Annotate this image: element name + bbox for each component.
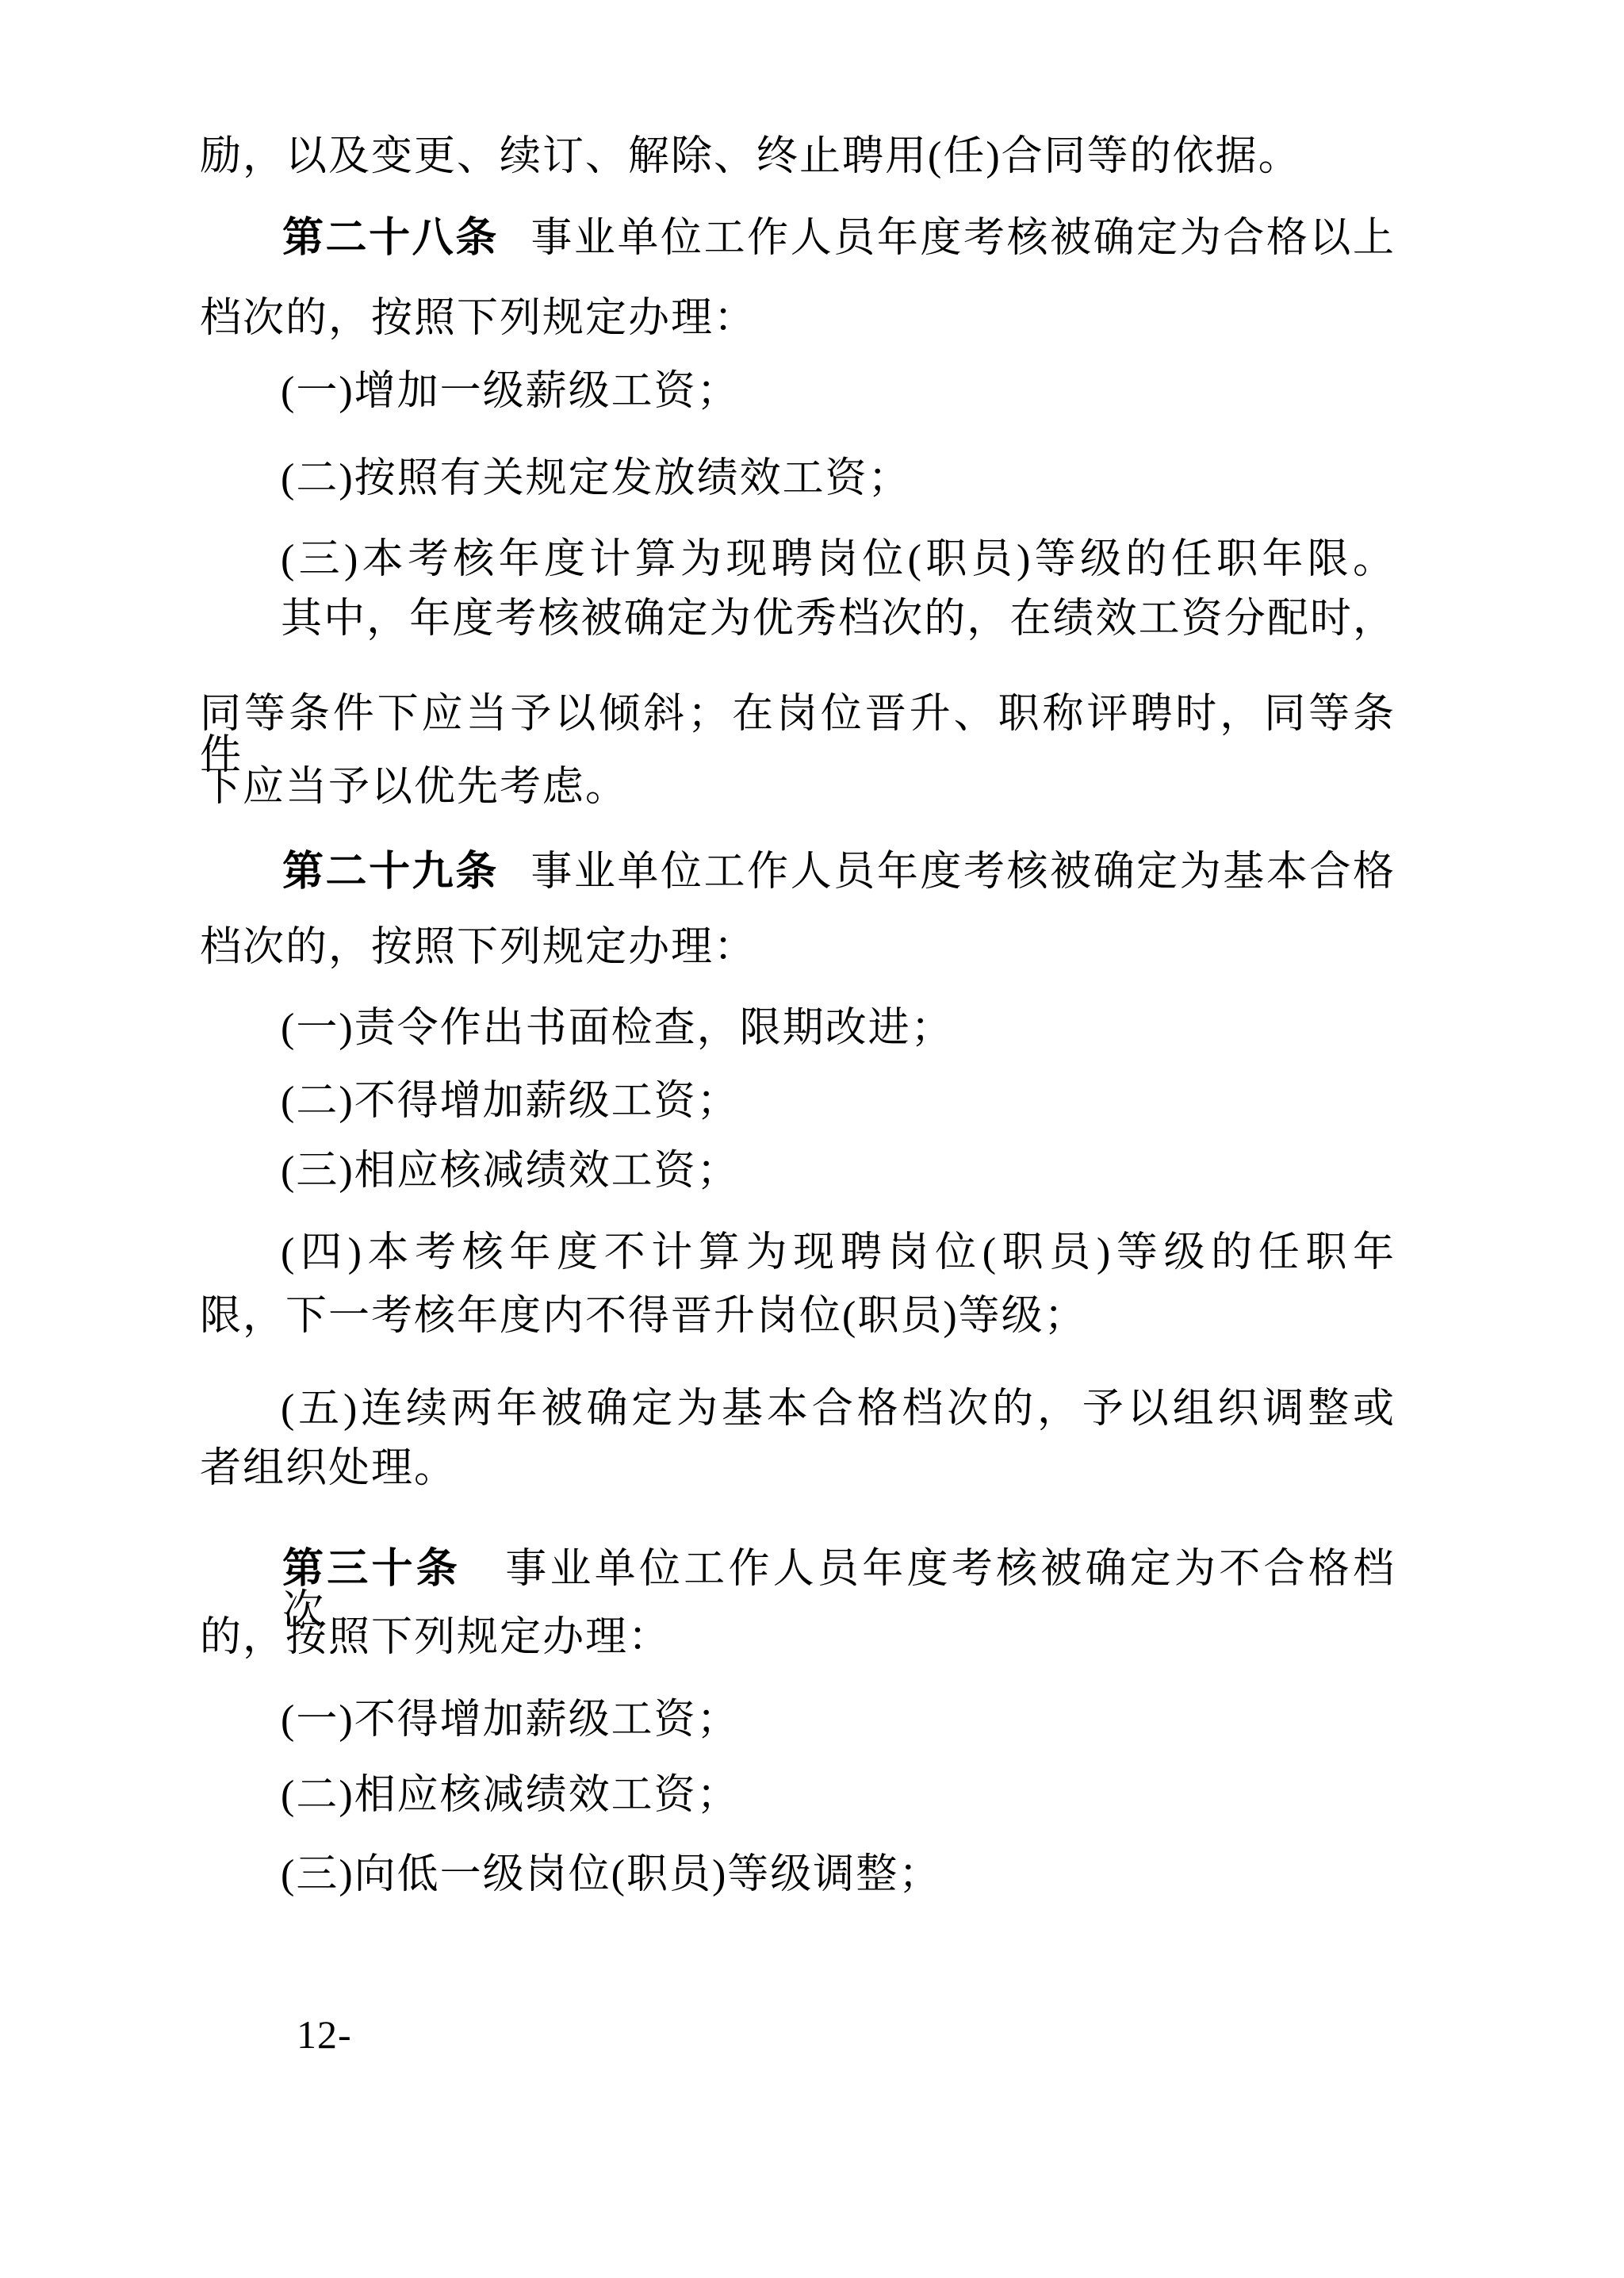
text-line: 者组织处理。 bbox=[200, 1448, 457, 1490]
page-number: 12- bbox=[297, 2015, 352, 2054]
list-item-line: (二)不得增加薪级工资； bbox=[281, 1081, 740, 1122]
article-heading-line: 第二十八条事业单位工作人员年度考核被确定为合格以上 bbox=[282, 217, 1396, 259]
document-page: 励，以及变更、续订、解除、终止聘用(任)合同等的依据。 第二十八条事业单位工作人… bbox=[0, 0, 1624, 2278]
list-item-line: (三)向低一级岗位(职员)等级调整； bbox=[281, 1854, 941, 1896]
text-line: 励，以及变更、续订、解除、终止聘用(任)合同等的依据。 bbox=[200, 136, 1301, 178]
list-item-line: (三)相应核减绩效工资； bbox=[281, 1151, 740, 1192]
line-text: (二)不得增加薪级工资； bbox=[281, 1079, 740, 1124]
line-text: (二)相应核减绩效工资； bbox=[281, 1773, 740, 1818]
article-heading-line: 第二十九条事业单位工作人员年度考核被确定为基本合格 bbox=[282, 851, 1396, 893]
line-text: 限，下一考核年度内不得晋升岗位(职员)等级； bbox=[200, 1294, 1087, 1339]
line-text: (三)本考核年度计算为现聘岗位(职员)等级的任职年限。 bbox=[281, 537, 1396, 582]
line-text: (一)不得增加薪级工资； bbox=[281, 1697, 740, 1743]
line-text: 下应当予以优先考虑。 bbox=[200, 765, 628, 810]
spacer bbox=[499, 251, 530, 251]
line-text: 档次的，按照下列规定办理： bbox=[200, 296, 756, 341]
line-text: 事业单位工作人员年度考核被确定为基本合格 bbox=[530, 849, 1396, 895]
line-text: 者组织处理。 bbox=[200, 1446, 457, 1491]
list-item-line: (三)本考核年度计算为现聘岗位(职员)等级的任职年限。 bbox=[281, 539, 1396, 581]
line-text: (三)向低一级岗位(职员)等级调整； bbox=[281, 1852, 941, 1897]
list-item-line: (二)相应核减绩效工资； bbox=[281, 1775, 740, 1816]
line-text: 事业单位工作人员年度考核被确定为合格以上 bbox=[530, 216, 1396, 261]
text-line: 其中，年度考核被确定为优秀档次的，在绩效工资分配时， bbox=[281, 599, 1396, 640]
list-item-line: (五)连续两年被确定为基本合格档次的，予以组织调整或 bbox=[281, 1389, 1396, 1430]
line-text: (五)连续两年被确定为基本合格档次的，予以组织调整或 bbox=[281, 1386, 1396, 1432]
text-line: 下应当予以优先考虑。 bbox=[200, 767, 628, 808]
list-item-line: (一)不得增加薪级工资； bbox=[281, 1700, 740, 1741]
article-number: 第三十条 bbox=[282, 1546, 461, 1592]
article-number: 第二十八条 bbox=[282, 215, 499, 261]
line-text: (三)相应核减绩效工资； bbox=[281, 1149, 740, 1194]
article-number: 第二十九条 bbox=[282, 849, 499, 895]
line-text: (四)本考核年度不计算为现聘岗位(职员)等级的任职年 bbox=[281, 1230, 1396, 1275]
line-text: (一)增加一级薪级工资； bbox=[281, 369, 740, 414]
line-text: 励，以及变更、续订、解除、终止聘用(任)合同等的依据。 bbox=[200, 134, 1301, 179]
text-line: 限，下一考核年度内不得晋升岗位(职员)等级； bbox=[200, 1296, 1087, 1337]
text-line: 档次的，按照下列规定办理： bbox=[200, 298, 756, 339]
list-item-line: (一)增加一级薪级工资； bbox=[281, 371, 740, 412]
line-text: 其中，年度考核被确定为优秀档次的，在绩效工资分配时， bbox=[281, 596, 1396, 642]
spacer bbox=[499, 884, 530, 885]
text-line: 档次的，按照下列规定办理： bbox=[200, 927, 756, 968]
line-text: (二)按照有关规定发放绩效工资； bbox=[281, 456, 911, 501]
line-text: (一)责令作出书面检查，限期改进； bbox=[281, 1006, 954, 1051]
list-item-line: (二)按照有关规定发放绩效工资； bbox=[281, 458, 911, 500]
list-item-line: (一)责令作出书面检查，限期改进； bbox=[281, 1008, 954, 1049]
line-text: 的，按照下列规定办理： bbox=[200, 1615, 671, 1660]
list-item-line: (四)本考核年度不计算为现聘岗位(职员)等级的任职年 bbox=[281, 1233, 1396, 1274]
line-text: 档次的，按照下列规定办理： bbox=[200, 925, 756, 970]
text-line: 的，按照下列规定办理： bbox=[200, 1617, 671, 1659]
spacer bbox=[461, 1582, 504, 1582]
